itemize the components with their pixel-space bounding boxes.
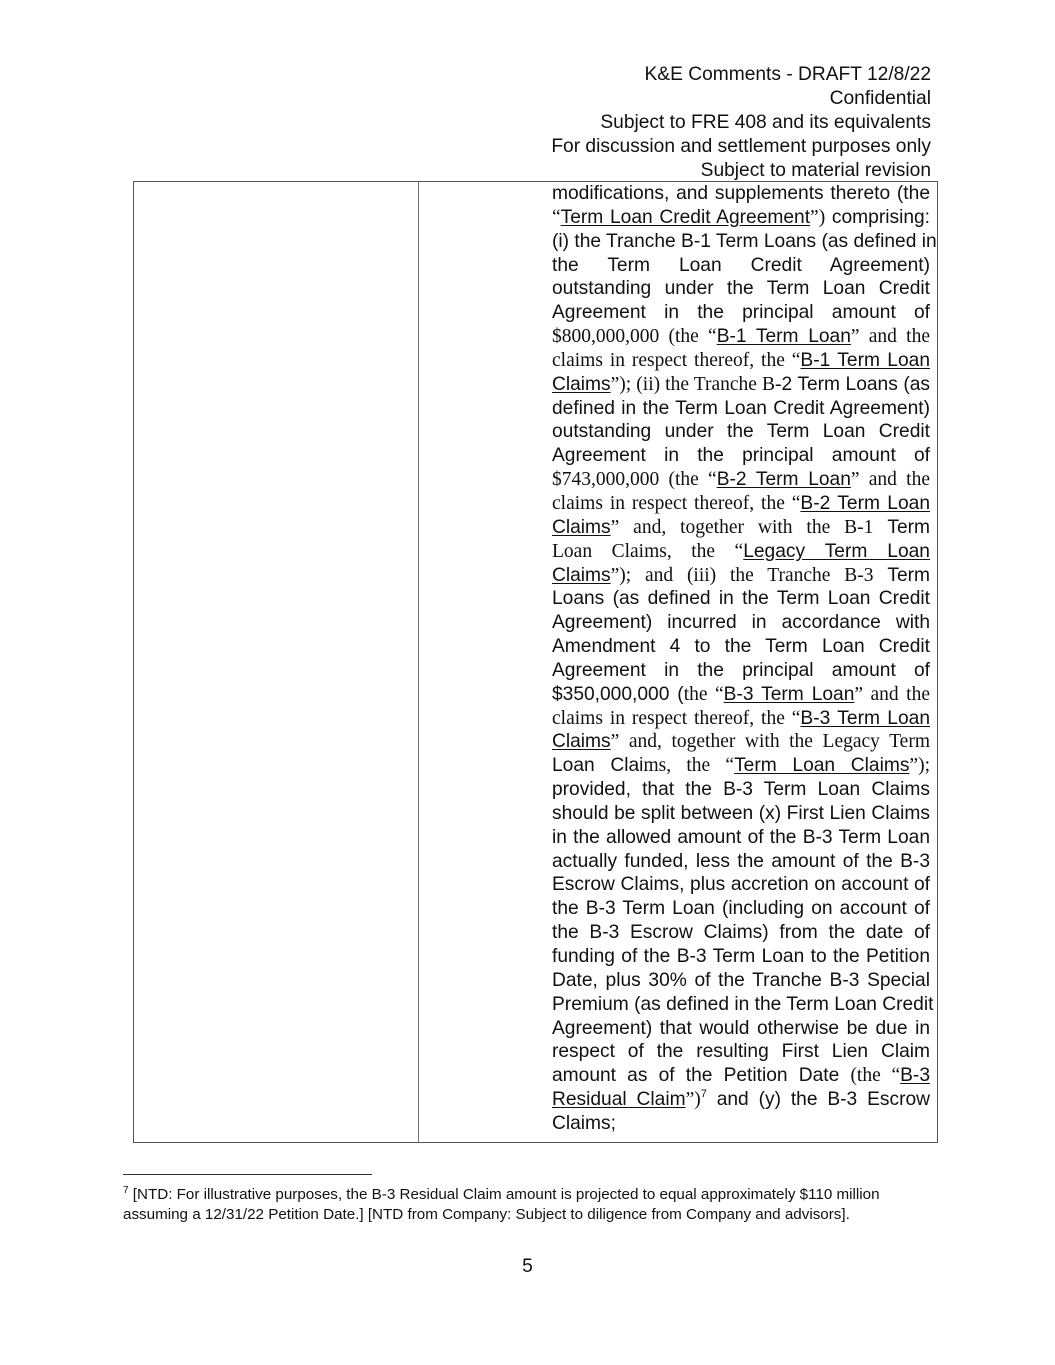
defined-term: Claims	[552, 517, 611, 538]
text-line: actually funded, less the amount of the …	[552, 850, 930, 874]
text-segment: Agreement) incurred in accordance with	[552, 612, 930, 633]
text-line: Loan Claims, the “Legacy Term Loan	[552, 540, 930, 564]
text-segment: outstanding under the Term Loan Credit	[552, 278, 930, 299]
defined-term: B-2 Term Loan	[800, 493, 930, 514]
defined-term: B-1 Term Loan	[800, 350, 930, 371]
text-segment: ”); (ii) the Tranche B-	[611, 374, 782, 395]
text-line: modifications, and supplements thereto (…	[552, 182, 930, 206]
text-line: Agreement in the principal amount of	[552, 659, 930, 683]
table-cell-middle	[420, 182, 552, 1142]
text-segment: Term	[873, 517, 930, 538]
text-segment: the Term Loan Credit Agreement)	[552, 255, 930, 276]
text-segment: should be split between (x) First Lien C…	[552, 803, 930, 824]
text-line: $743,000,000 (the “B-2 Term Loan” and th…	[552, 468, 930, 492]
text-segment: ms, the “	[643, 755, 734, 776]
defined-term: Claims	[552, 731, 611, 752]
text-segment: ”)	[686, 1089, 701, 1110]
text-segment: claims in respect thereof, the “	[552, 350, 800, 371]
text-line: $800,000,000 (the “B-1 Term Loan” and th…	[552, 325, 930, 349]
text-segment: ” and the	[854, 684, 930, 705]
text-segment: claims in respect thereof, the “	[552, 708, 800, 729]
text-line: (i) the Tranche B-1 Term Loans (as defin…	[552, 230, 930, 254]
document-page: K&E Comments - DRAFT 12/8/22 Confidentia…	[0, 0, 1055, 1365]
text-line: in the allowed amount of the B-3 Term Lo…	[552, 826, 930, 850]
defined-term: Residual Claim	[552, 1089, 686, 1110]
text-segment: modifications, and supplements thereto (…	[552, 183, 930, 204]
header-line-fre408: Subject to FRE 408 and its equivalents	[551, 111, 931, 135]
header-line-confidential: Confidential	[551, 87, 931, 111]
table-cell-left	[134, 182, 418, 1142]
text-line: Claims”); and (iii) the Tranche B-3 Term	[552, 564, 930, 588]
text-line: provided, that the B-3 Term Loan Claims	[552, 778, 930, 802]
text-segment: respect of the resulting First Lien Clai…	[552, 1041, 930, 1062]
text-segment: Amendment 4 to the Term Loan Credit	[552, 636, 930, 657]
text-line: the Term Loan Credit Agreement)	[552, 254, 930, 278]
text-segment: ” and, together with the B-1	[611, 517, 874, 538]
text-segment: the B-3 Term Loan (including on account …	[552, 898, 930, 919]
text-line: Agreement in the principal amount of	[552, 444, 930, 468]
text-line: Agreement in the principal amount of	[552, 301, 930, 325]
text-line: Claims” and, together with the B-1 Term	[552, 516, 930, 540]
text-segment: ”); and (iii) the Tranche B-3	[611, 565, 874, 586]
text-segment: ” and the	[851, 326, 930, 347]
text-segment: Premium (as defined in the Term Loan Cre…	[552, 994, 933, 1015]
text-line: “Term Loan Credit Agreement”) comprising…	[552, 206, 930, 230]
defined-term: Legacy Term Loan	[743, 541, 930, 562]
text-segment: (the “	[850, 1065, 900, 1086]
defined-term: B-3 Term Loan	[800, 708, 930, 729]
text-line: $350,000,000 (the “B-3 Term Loan” and th…	[552, 683, 930, 707]
text-segment: ”);	[909, 755, 930, 776]
text-line: claims in respect thereof, the “B-1 Term…	[552, 349, 930, 373]
text-segment: funding of the B-3 Term Loan to the Peti…	[552, 946, 930, 967]
text-segment: defined in the Term Loan Credit Agreemen…	[552, 398, 930, 419]
defined-term: B-2 Term Loan	[717, 469, 851, 490]
header-line-revision: Subject to material revision	[551, 159, 931, 183]
text-segment: the B-3 Escrow Claims) from the date of	[552, 922, 930, 943]
text-segment: Agreement) that would otherwise be due i…	[552, 1018, 930, 1039]
page-number: 5	[0, 1256, 1055, 1278]
text-segment: Loan Claims, the “	[552, 541, 743, 562]
column-divider	[418, 182, 419, 1142]
defined-term: Term Loan Claims	[734, 755, 909, 776]
text-segment: Date, plus 30% of the Tranche B-3 Specia…	[552, 970, 930, 991]
text-segment: Escrow Claims, plus accretion on account…	[552, 874, 930, 895]
text-line: Claims;	[552, 1112, 930, 1136]
text-line: Claims”); (ii) the Tranche B-2 Term Loan…	[552, 373, 930, 397]
defined-term: Claims	[552, 565, 611, 586]
text-segment: Agreement in the principal amount of	[552, 445, 930, 466]
text-segment: claims in respect thereof, the “	[552, 493, 800, 514]
text-segment: in the allowed amount of the B-3 Term Lo…	[552, 827, 930, 848]
text-line: the B-3 Term Loan (including on account …	[552, 897, 930, 921]
defined-term: Claims	[552, 374, 611, 395]
text-segment: ”)	[810, 207, 825, 228]
text-segment: ” and the	[851, 469, 930, 490]
text-segment: comprising:	[825, 207, 930, 228]
text-segment: Loan Clai	[552, 755, 643, 776]
text-line: claims in respect thereof, the “B-2 Term…	[552, 492, 930, 516]
text-line: claims in respect thereof, the “B-3 Term…	[552, 707, 930, 731]
term-sheet-table: modifications, and supplements thereto (…	[133, 181, 938, 1143]
text-line: the B-3 Escrow Claims) from the date of	[552, 921, 930, 945]
text-segment: (i) the Tranche B-1 Term Loans (as defin…	[552, 231, 937, 252]
defined-term: B-3	[900, 1065, 930, 1086]
text-line: outstanding under the Term Loan Credit	[552, 277, 930, 301]
text-segment: Loans (as defined in the Term Loan Credi…	[552, 588, 930, 609]
text-line: Amendment 4 to the Term Loan Credit	[552, 635, 930, 659]
footnote-text: [NTD: For illustrative purposes, the B-3…	[123, 1186, 880, 1223]
text-line: Agreement) that would otherwise be due i…	[552, 1017, 930, 1041]
text-segment: amount as of the Petition Date	[552, 1065, 850, 1086]
table-cell-term-loan-claims-text: modifications, and supplements thereto (…	[552, 182, 930, 1136]
text-line: Loans (as defined in the Term Loan Credi…	[552, 587, 930, 611]
text-segment: Agreement in the principal amount of	[552, 660, 930, 681]
header-line-discussion: For discussion and settlement purposes o…	[551, 135, 931, 159]
text-segment: “	[552, 207, 561, 228]
text-segment: $800,000,000 (the “	[552, 326, 717, 347]
text-line: Loan Claims, the “Term Loan Claims”);	[552, 754, 930, 778]
text-segment: Agreement in the principal amount of	[552, 302, 930, 323]
defined-term: Term Loan Credit Agreement	[561, 207, 810, 228]
defined-term: B-3 Term Loan	[724, 684, 855, 705]
draft-header: K&E Comments - DRAFT 12/8/22 Confidentia…	[551, 63, 931, 183]
text-segment: $350,000,000 (	[552, 684, 684, 705]
text-segment: and (y) the B-3 Escrow	[707, 1089, 930, 1110]
text-line: Residual Claim”)7 and (y) the B-3 Escrow	[552, 1088, 930, 1112]
text-line: Claims” and, together with the Legacy Te…	[552, 730, 930, 754]
text-segment: the “	[684, 684, 724, 705]
header-line-draft: K&E Comments - DRAFT 12/8/22	[551, 63, 931, 87]
text-line: defined in the Term Loan Credit Agreemen…	[552, 397, 930, 421]
text-line: Agreement) incurred in accordance with	[552, 611, 930, 635]
text-line: Escrow Claims, plus accretion on account…	[552, 873, 930, 897]
text-line: amount as of the Petition Date (the “B-3	[552, 1064, 930, 1088]
defined-term: B-1 Term Loan	[717, 326, 851, 347]
text-segment: ” and, together with the Legacy Term	[611, 731, 930, 752]
text-segment: actually funded, less the amount of the …	[552, 851, 930, 872]
text-segment: 2 Term Loans (as	[782, 374, 931, 395]
footnote-separator	[123, 1174, 372, 1175]
text-line: Date, plus 30% of the Tranche B-3 Specia…	[552, 969, 930, 993]
text-line: funding of the B-3 Term Loan to the Peti…	[552, 945, 930, 969]
text-segment: Claims;	[552, 1113, 616, 1134]
footnote-7: 7 [NTD: For illustrative purposes, the B…	[123, 1185, 938, 1225]
text-line: respect of the resulting First Lien Clai…	[552, 1040, 930, 1064]
text-segment: $743,000,000 (the “	[552, 469, 717, 490]
text-line: outstanding under the Term Loan Credit	[552, 420, 930, 444]
text-segment: provided, that the B-3 Term Loan Claims	[552, 779, 930, 800]
text-segment: Term	[873, 565, 930, 586]
text-line: should be split between (x) First Lien C…	[552, 802, 930, 826]
text-segment: outstanding under the Term Loan Credit	[552, 421, 930, 442]
text-line: Premium (as defined in the Term Loan Cre…	[552, 993, 930, 1017]
